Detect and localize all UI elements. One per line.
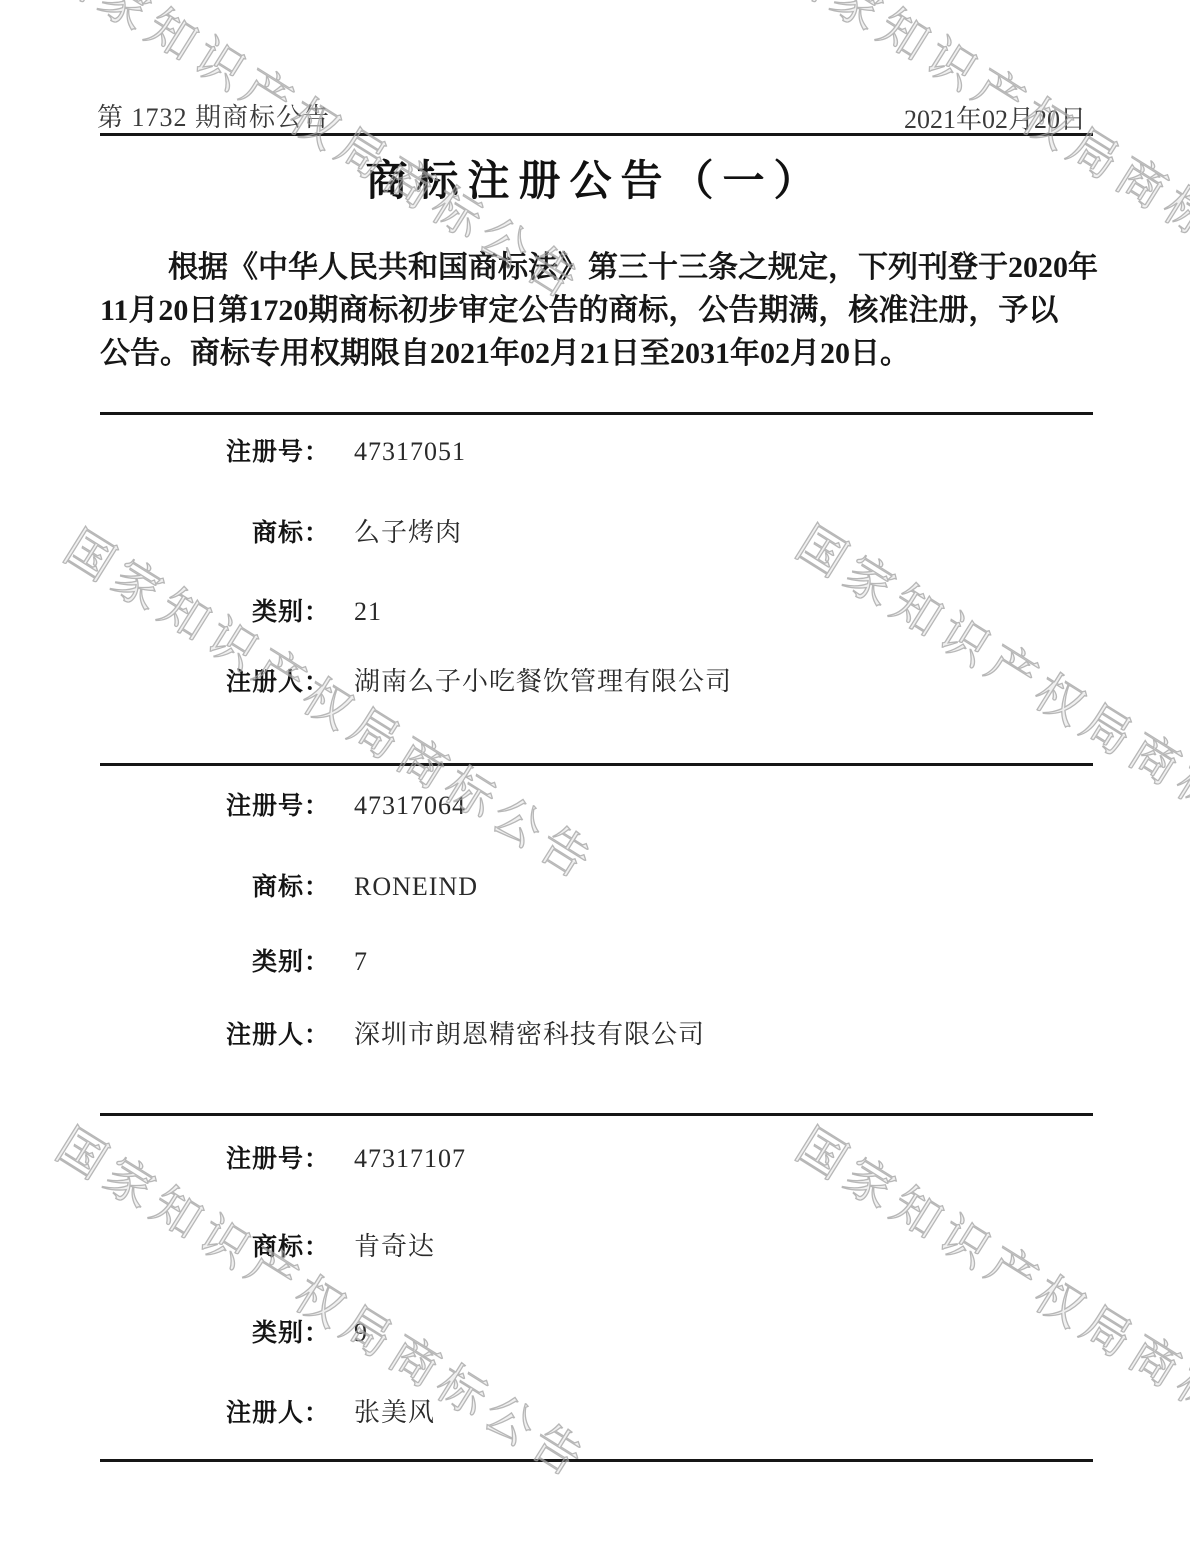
entry1-class-row: 类别：21: [0, 592, 1190, 626]
entry3-divider: [100, 1113, 1093, 1116]
gazette-date: 2021年02月20日: [904, 99, 1086, 136]
registrant-label: 注册人：: [0, 662, 330, 698]
class-value: 21: [330, 597, 382, 627]
reg-no-value: 47317064: [330, 791, 466, 821]
trademark-label: 商标：: [0, 1227, 330, 1263]
entry2-registrant-row: 注册人：深圳市朗恩精密科技有限公司: [0, 1014, 1190, 1048]
page-title: 商标注册公告（一）: [0, 148, 1190, 208]
registrant-label: 注册人：: [0, 1015, 330, 1051]
trademark-value: RONEIND: [330, 872, 478, 902]
entry1-divider: [100, 412, 1093, 415]
class-value: 9: [330, 1318, 368, 1348]
header-divider: [100, 133, 1093, 136]
registrant-value: 湖南么子小吃餐饮管理有限公司: [330, 661, 732, 698]
intro-paragraph-line3: 公告。商标专用权期限自2021年02月21日至2031年02月20日。: [100, 335, 910, 373]
reg-no-value: 47317051: [330, 437, 466, 467]
entry1-trademark-row: 商标：么子烤肉: [0, 512, 1190, 546]
registrant-value: 张美风: [330, 1392, 435, 1429]
reg-no-label: 注册号：: [0, 786, 330, 822]
trademark-value: 肯奇达: [330, 1226, 435, 1263]
class-label: 类别：: [0, 592, 330, 628]
class-label: 类别：: [0, 1313, 330, 1349]
entry2-reg-no-row: 注册号：47317064: [0, 786, 1190, 820]
intro-paragraph-line1: 根据《中华人民共和国商标法》第三十三条之规定，下列刊登于2020年: [168, 249, 1098, 287]
entry3-trademark-row: 商标：肯奇达: [0, 1226, 1190, 1260]
trademark-label: 商标：: [0, 867, 330, 903]
gazette-issue-number: 第 1732 期商标公告: [97, 97, 330, 134]
entry3-registrant-row: 注册人：张美风: [0, 1392, 1190, 1426]
entry1-reg-no-row: 注册号：47317051: [0, 432, 1190, 466]
class-value: 7: [330, 947, 368, 977]
entry1-registrant-row: 注册人：湖南么子小吃餐饮管理有限公司: [0, 661, 1190, 695]
entry3-reg-no-row: 注册号：47317107: [0, 1139, 1190, 1173]
trademark-value: 么子烤肉: [330, 512, 462, 549]
entry3-class-row: 类别：9: [0, 1313, 1190, 1347]
bottom-divider: [100, 1459, 1093, 1462]
reg-no-label: 注册号：: [0, 1139, 330, 1175]
registrant-label: 注册人：: [0, 1393, 330, 1429]
gazette-page: 国家知识产权局商标公告 国家知识产权局商标公告 国家知识产权局商标公告 国家知识…: [0, 0, 1190, 1564]
reg-no-value: 47317107: [330, 1144, 466, 1174]
entry2-trademark-row: 商标：RONEIND: [0, 867, 1190, 901]
entry2-divider: [100, 763, 1093, 766]
watermark-text: 国家知识产权局商标公告: [785, 506, 1190, 891]
intro-paragraph-line2: 11月20日第1720期商标初步审定公告的商标，公告期满，核准注册，予以: [100, 292, 1058, 330]
watermark-text: 国家知识产权局商标公告: [53, 510, 612, 895]
trademark-label: 商标：: [0, 513, 330, 549]
class-label: 类别：: [0, 942, 330, 978]
reg-no-label: 注册号：: [0, 432, 330, 468]
entry2-class-row: 类别：7: [0, 942, 1190, 976]
registrant-value: 深圳市朗恩精密科技有限公司: [330, 1014, 705, 1051]
